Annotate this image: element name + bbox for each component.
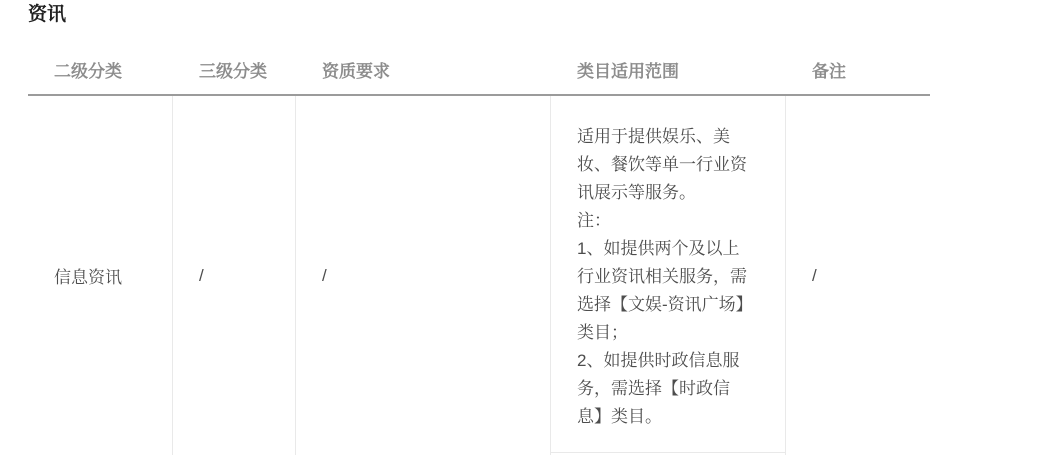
qualification-value: / — [322, 266, 327, 286]
col-header-secondary-category: 二级分类 — [28, 57, 173, 82]
table-row: 信息资讯 / / 适用于提供娱乐、美 妆、餐饮等单一行业资 讯展示等服务。 注：… — [28, 96, 930, 455]
table-bottom-border — [551, 452, 786, 453]
page-title: 资讯 — [28, 3, 66, 27]
cell-scope: 适用于提供娱乐、美 妆、餐饮等单一行业资 讯展示等服务。 注： 1、如提供两个及… — [551, 96, 786, 455]
secondary-category-value: 信息资讯 — [54, 263, 122, 288]
cell-tertiary-category: / — [173, 96, 296, 455]
table-header-row: 二级分类 三级分类 资质要求 类目适用范围 备注 — [28, 45, 930, 96]
col-header-tertiary-category: 三级分类 — [173, 57, 296, 82]
tertiary-category-value: / — [199, 266, 204, 286]
remark-value: / — [812, 266, 817, 286]
col-header-qualification: 资质要求 — [296, 57, 551, 82]
cell-secondary-category: 信息资讯 — [28, 96, 173, 455]
col-header-remark: 备注 — [786, 57, 930, 82]
category-table: 二级分类 三级分类 资质要求 类目适用范围 备注 信息资讯 / / 适用于提供娱… — [28, 45, 930, 455]
cell-remark: / — [786, 96, 930, 455]
cell-qualification: / — [296, 96, 551, 455]
scope-value: 适用于提供娱乐、美 妆、餐饮等单一行业资 讯展示等服务。 注： 1、如提供两个及… — [577, 123, 769, 431]
col-header-scope: 类目适用范围 — [551, 57, 786, 82]
page: 资讯 二级分类 三级分类 资质要求 类目适用范围 备注 信息资讯 / / 适用于… — [0, 0, 1045, 455]
